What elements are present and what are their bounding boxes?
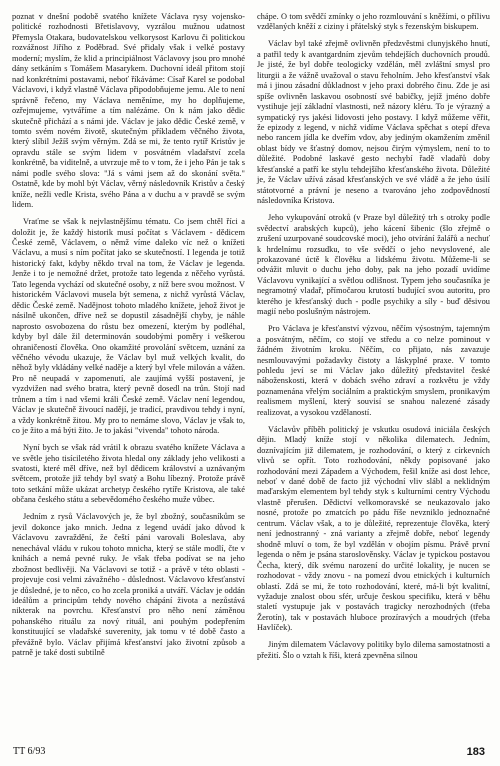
paragraph: poznat v dnešní podobě svatého knížete V… (12, 12, 245, 211)
paragraph: Pro Václava je křesťanství výzvou, něčím… (257, 324, 490, 418)
paragraph: Vraťme se však k nejvlastnějšímu tématu.… (12, 217, 245, 437)
paragraph: Václav byl také zřejmě ovlivněn předzvěs… (257, 39, 490, 206)
text-columns: poznat v dnešní podobě svatého knížete V… (12, 12, 490, 661)
paragraph: chápe. O tom svědčí zmínky o jeho rozmlo… (257, 12, 490, 33)
paragraph: Nyní bych se však rád vrátil k obrazu sv… (12, 443, 245, 506)
text-column-left: poznat v dnešní podobě svatého knížete V… (12, 12, 245, 661)
paragraph: Jeho vykupování otroků (v Praze byl důle… (257, 213, 490, 318)
paragraph: Jiným dilematem Václavovy politiky bylo … (257, 640, 490, 661)
page-number: 183 (467, 746, 485, 758)
paragraph: Václavův příběh politický je vskutku osu… (257, 425, 490, 634)
text-column-right: chápe. O tom svědčí zmínky o jeho rozmlo… (257, 12, 490, 661)
paragraph: Jedním z rysů Václavových je, že byl zbo… (12, 512, 245, 658)
journal-issue-label: TT 6/93 (13, 746, 45, 757)
document-page: poznat v dnešní podobě svatého knížete V… (0, 0, 500, 766)
